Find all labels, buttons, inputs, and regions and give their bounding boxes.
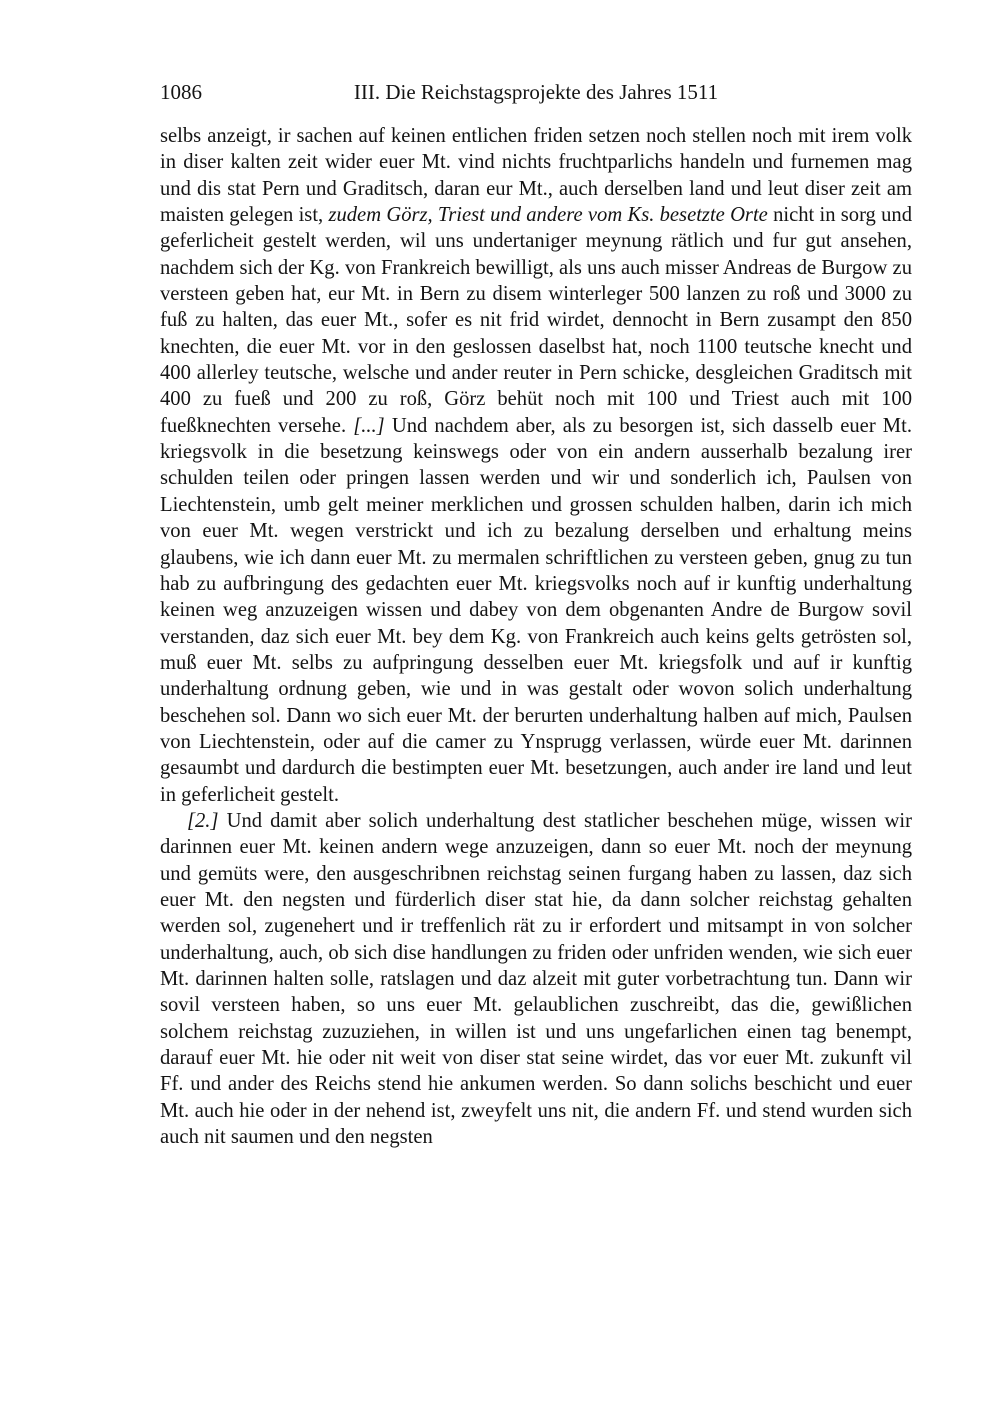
running-header-title: III. Die Reichstagsprojekte des Jahres 1… xyxy=(160,79,912,105)
book-page: 1086 III. Die Reichstagsprojekte des Jah… xyxy=(0,0,1004,1418)
italic-text-segment: [2.] xyxy=(187,810,218,832)
text-segment: Und damit aber solich underhaltung dest … xyxy=(160,810,912,1148)
italic-text-segment: [...] xyxy=(353,415,384,437)
page-body: selbs anzeigt, ir sachen auf keinen entl… xyxy=(160,123,912,1150)
body-paragraph: selbs anzeigt, ir sachen auf keinen entl… xyxy=(160,123,912,808)
text-segment: nicht in sorg und geferlicheit gestelt w… xyxy=(160,204,912,437)
italic-text-segment: zudem Görz, Triest und andere vom Ks. be… xyxy=(328,204,767,226)
text-segment: Und nachdem aber, als zu besorgen ist, s… xyxy=(160,415,912,806)
running-head: 1086 III. Die Reichstagsprojekte des Jah… xyxy=(160,79,912,105)
body-paragraph: [2.] Und damit aber solich underhaltung … xyxy=(160,808,912,1150)
